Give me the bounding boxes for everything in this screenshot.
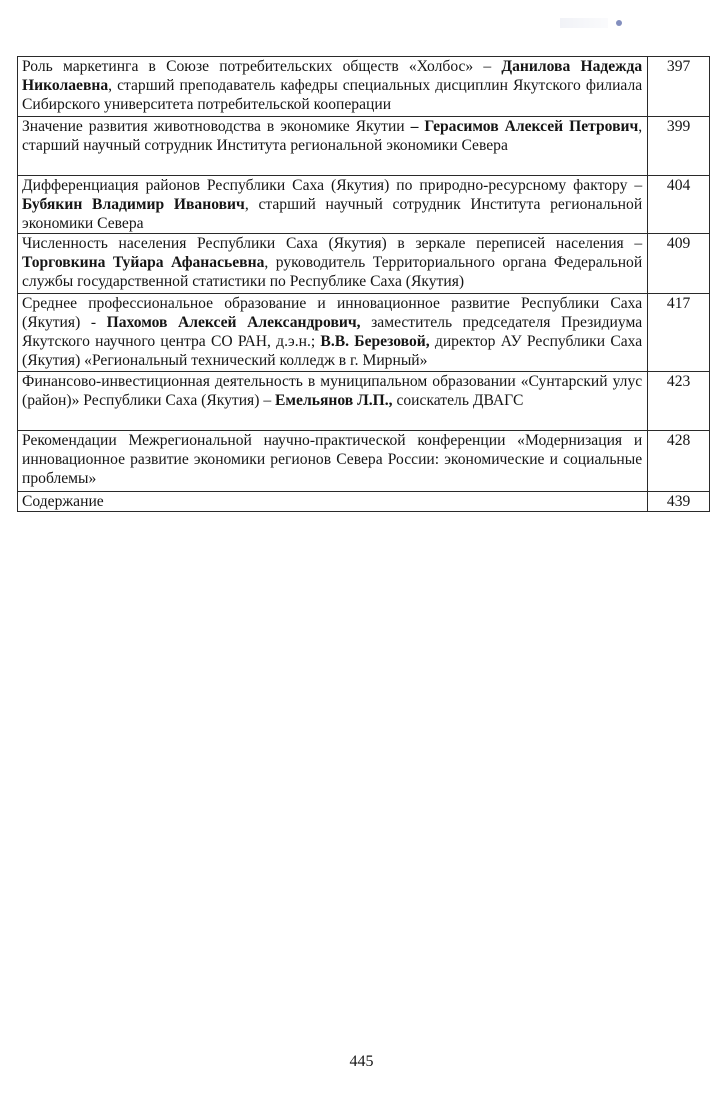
- author-name: Торговкина Туйара Афанасьевна: [22, 254, 264, 271]
- author-name: В.В. Березовой,: [320, 333, 429, 350]
- entry-text: Значение развития животноводства в эконо…: [22, 118, 411, 135]
- toc-body: Роль маркетинга в Союзе потребительских …: [18, 57, 710, 512]
- page-number: 445: [0, 1053, 723, 1071]
- toc-row: Среднее профессиональное образование и и…: [18, 294, 710, 372]
- entry-text: соискатель ДВАГС: [393, 392, 524, 409]
- toc-entry-title: Финансово-инвестиционная деятельность в …: [18, 372, 648, 431]
- toc-entry-title: Среднее профессиональное образование и и…: [18, 294, 648, 372]
- author-name: Емельянов Л.П.,: [275, 392, 393, 409]
- toc-entry-page: 409: [648, 234, 710, 294]
- toc-entry-page: 417: [648, 294, 710, 372]
- toc-entry-page: 428: [648, 431, 710, 492]
- toc-entry-title: Дифференциация районов Республики Саха (…: [18, 176, 648, 234]
- entry-text: Рекомендации Межрегиональной научно-прак…: [22, 432, 642, 487]
- toc-entry-title: Рекомендации Межрегиональной научно-прак…: [18, 431, 648, 492]
- scan-dot-artifact: [616, 20, 622, 26]
- author-name: Бубякин Владимир Иванович: [22, 196, 245, 213]
- entry-text: Численность населения Республики Саха (Я…: [22, 235, 642, 252]
- toc-entry-page: 439: [648, 492, 710, 512]
- toc-entry-title: Численность населения Республики Саха (Я…: [18, 234, 648, 294]
- toc-entry-title: Значение развития животноводства в эконо…: [18, 117, 648, 176]
- toc-entry-page: 399: [648, 117, 710, 176]
- entry-text: Дифференциация районов Республики Саха (…: [22, 177, 642, 194]
- toc-row: Финансово-инвестиционная деятельность в …: [18, 372, 710, 431]
- author-name: Пахомов Алексей Александрович,: [107, 314, 361, 331]
- toc-entry-page: 423: [648, 372, 710, 431]
- table-of-contents: Роль маркетинга в Союзе потребительских …: [17, 56, 710, 512]
- entry-text: Содержание: [22, 493, 104, 510]
- toc-row: Значение развития животноводства в эконо…: [18, 117, 710, 176]
- toc-row: Роль маркетинга в Союзе потребительских …: [18, 57, 710, 117]
- author-name: – Герасимов Алексей Петрович: [411, 118, 639, 135]
- toc-entry-page: 404: [648, 176, 710, 234]
- toc-row: Численность населения Республики Саха (Я…: [18, 234, 710, 294]
- toc-entry-title: Роль маркетинга в Союзе потребительских …: [18, 57, 648, 117]
- entry-text: , старший преподаватель кафедры специаль…: [22, 77, 642, 113]
- toc-entry-page: 397: [648, 57, 710, 117]
- entry-text: Роль маркетинга в Союзе потребительских …: [22, 58, 501, 75]
- scan-artifact: [560, 18, 608, 28]
- toc-entry-title: Содержание: [18, 492, 648, 512]
- toc-row: Дифференциация районов Республики Саха (…: [18, 176, 710, 234]
- toc-row: Содержание439: [18, 492, 710, 512]
- toc-row: Рекомендации Межрегиональной научно-прак…: [18, 431, 710, 492]
